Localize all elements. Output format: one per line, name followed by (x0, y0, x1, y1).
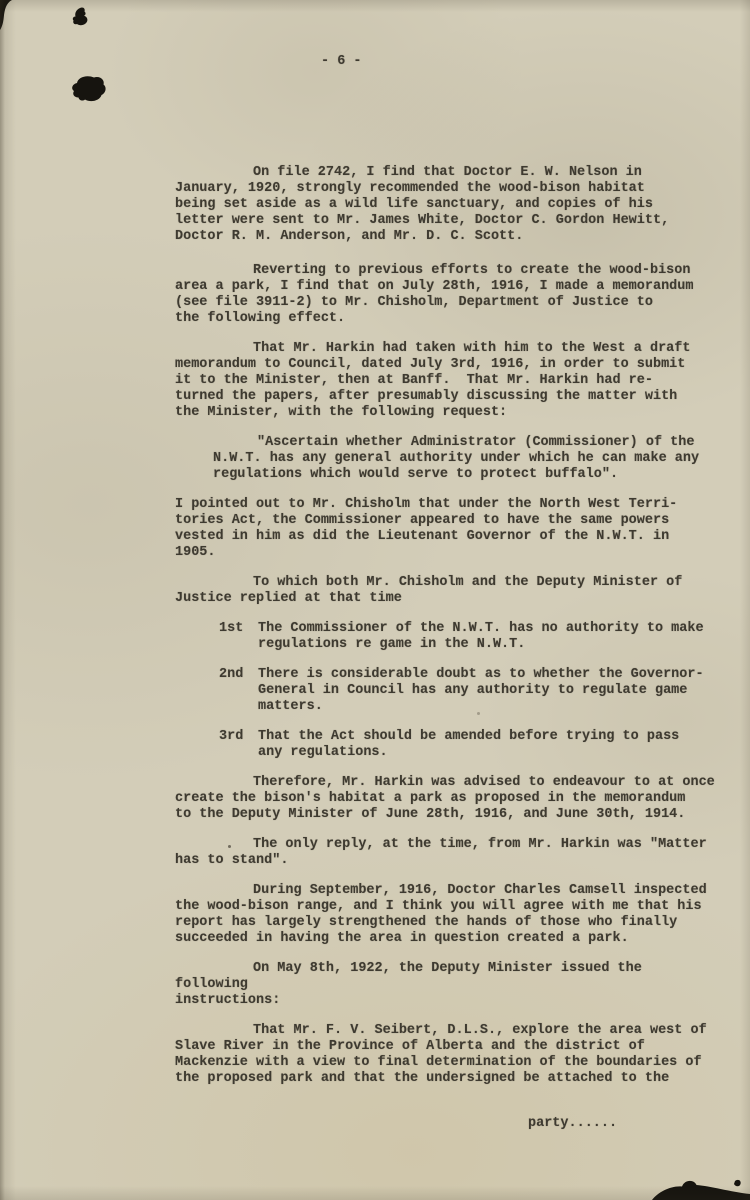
document-page: - 6 - On file 2742, I find that Doctor E… (0, 0, 750, 1200)
letter-body: On file 2742, I find that Doctor E. W. N… (175, 165, 716, 1101)
item-text: The Commissioner of the N.W.T. has no au… (258, 621, 716, 653)
scan-corner-shadow (0, 0, 14, 32)
numbered-item-2nd: 2nd There is considerable doubt as to wh… (175, 667, 716, 715)
paragraph-nelson-recommendation: On file 2742, I find that Doctor E. W. N… (175, 165, 716, 245)
numbered-item-1st: 1st The Commissioner of the N.W.T. has n… (175, 621, 716, 653)
paragraph-therefore-harkin: Therefore, Mr. Harkin was advised to end… (175, 775, 716, 823)
item-number: 2nd (219, 667, 258, 715)
paragraph-reply-intro: To which both Mr. Chisholm and the Deput… (175, 575, 716, 607)
paragraph-harkin-draft: That Mr. Harkin had taken with him to th… (175, 341, 716, 421)
paragraph-quote-ascertain: "Ascertain whether Administrator (Commis… (213, 435, 716, 483)
ink-blot-small (71, 6, 91, 29)
paragraph-camsell-inspection: During September, 1916, Doctor Charles C… (175, 883, 716, 947)
ink-speck (477, 712, 480, 715)
item-text: There is considerable doubt as to whethe… (258, 667, 716, 715)
paragraph-pointed-out: I pointed out to Mr. Chisholm that under… (175, 497, 716, 561)
page-number: - 6 - (321, 54, 362, 70)
paragraph-reverting-efforts: Reverting to previous efforts to create … (175, 263, 716, 327)
ink-speck (228, 845, 231, 848)
numbered-item-3rd: 3rd That the Act should be amended befor… (175, 729, 716, 761)
item-number: 3rd (219, 729, 258, 761)
item-text: That the Act should be amended before tr… (258, 729, 716, 761)
item-number: 1st (219, 621, 258, 653)
catchword: party...... (528, 1116, 617, 1132)
ink-blot-bottom-right (638, 1174, 750, 1200)
paragraph-seibert-explore: That Mr. F. V. Seibert, D.L.S., explore … (175, 1023, 716, 1087)
paragraph-instructions-intro: On May 8th, 1922, the Deputy Minister is… (175, 961, 716, 1009)
paragraph-matter-has-to-stand: The only reply, at the time, from Mr. Ha… (175, 837, 716, 869)
ink-blot-large (69, 73, 109, 104)
